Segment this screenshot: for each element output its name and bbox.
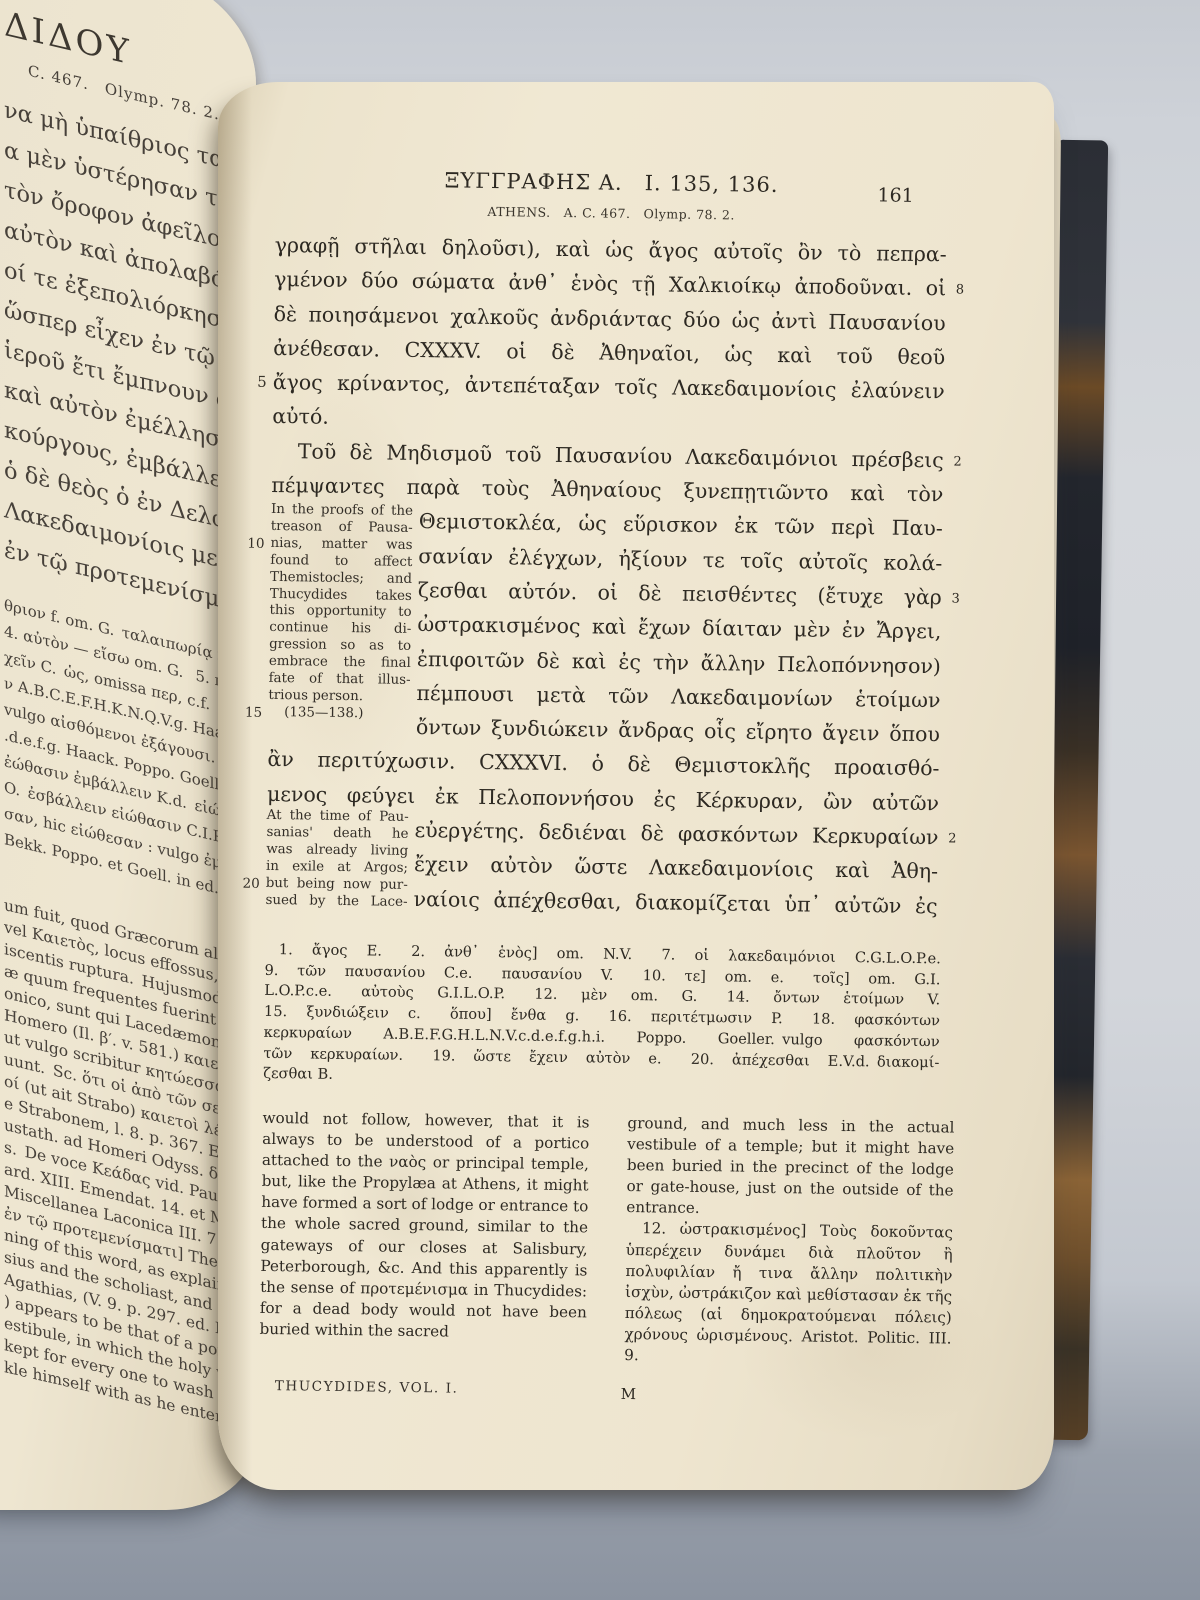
page-header-title: ΞΥΓΓΡΑΦΗΣ Α. I. 135, 136. [275, 166, 947, 199]
line-number: 15 [244, 704, 262, 721]
margin-note-line: In the proofs of the [271, 502, 413, 521]
right-page-content: ΞΥΓΓΡΑΦΗΣ Α. I. 135, 136. 161 ATHENS. A.… [218, 82, 1054, 1490]
margin-note-line: embrace the final [269, 654, 411, 673]
note-text: sued by the Lace- [265, 892, 407, 909]
margin-note-line: fate of that illus- [269, 671, 411, 690]
line-text: Θεμιστοκλέα, ὡς εὕρισκον ἐκ τῶν περὶ Παυ… [419, 509, 943, 540]
line-text: ὄντων ξυνδιώκειν ἄνδρας οἷς εἴρητο ἄγειν… [416, 715, 940, 746]
margin-note-line: sued by the Lace- [265, 892, 407, 911]
line-text: ὠστρακισμένος καὶ ἔχων δίαιταν μὲν ἐν Ἄρ… [417, 612, 941, 643]
line-text: ἄγος κρίναντος, ἀντεπέταξαν τοῖς Λακεδαι… [273, 370, 945, 403]
greek-text-line: ναίοις ἀπέχθεσθαι, διακομίζεται ὑπ᾽ αὐτῶ… [413, 882, 937, 924]
commentary-paragraph: ground, and much less in the actual vest… [626, 1113, 954, 1223]
margin-note-1: In the proofs of thetreason of Pausa-10n… [268, 502, 413, 724]
note-text: (135—138.) [284, 705, 363, 721]
note-text: found to affect [270, 553, 412, 570]
line-number: 10 [246, 535, 264, 552]
note-text: sanias' death he [266, 825, 408, 842]
margin-note-line: was already living [266, 842, 408, 861]
commentary-paragraph: would not follow, however, that it is al… [259, 1108, 589, 1345]
margin-note-line: 20but being now pur- [266, 876, 408, 895]
running-note: ATHENS. A. C. 467. Olymp. 78. 2. [275, 201, 947, 225]
main-text-area: γραφῇ στῆλαι δηλοῦσι), καὶ ὡς ἄγος αὐτοῖ… [265, 228, 947, 923]
line-text: ἀνέθεσαν. CXXXV. οἱ δὲ Ἀθηναῖοι, ὡς καὶ … [273, 336, 945, 369]
section-number: 2 [948, 822, 957, 856]
line-text: δὲ ποιησάμενοι χαλκοῦς ἀνδριάντας δύο ὡς… [274, 302, 946, 335]
critical-apparatus: 1. ἄγος E. 2. ἀνθ᾽ ἑνὸς] om. N.V. 7. οἱ … [263, 940, 941, 1094]
margin-note-line: trious person. [268, 688, 410, 707]
line-text: εὐεργέτης. δεδιέναι δὲ φασκόντων Κερκυρα… [414, 818, 938, 849]
margin-note-line: 15(135—138.) [268, 705, 410, 724]
note-text: but being now pur- [266, 876, 408, 893]
line-text: σανίαν ἐλέγχων, ἠξίουν τε τοῖς αὐτοῖς κο… [418, 544, 942, 575]
margin-note-line: Thucydides takes [270, 586, 412, 605]
note-text: At the time of Pau- [267, 808, 409, 825]
line-text: πέμπουσι μετὰ τῶν Λακεδαιμονίων ἑτοίμων [416, 681, 940, 712]
margin-note-line: At the time of Pau- [267, 808, 409, 827]
section-number: 8 [956, 274, 965, 308]
line-text: πέμψαντες παρὰ τοὺς Ἀθηναίους ξυνεπῃτιῶν… [271, 473, 943, 506]
note-text: continue his di- [269, 620, 411, 637]
signature-mark: M [621, 1385, 637, 1403]
section-number: 2 [927, 445, 962, 480]
line-number: 5 [247, 365, 267, 400]
line-number: 20 [242, 875, 260, 892]
right-page: ΞΥΓΓΡΑΦΗΣ Α. I. 135, 136. 161 ATHENS. A.… [218, 82, 1054, 1490]
line-text: Τοῦ δὲ Μηδισμοῦ τοῦ Παυσανίου Λακεδαιμόν… [298, 439, 944, 472]
line-text: ναίοις ἀπέχθεσθαι, διακομίζεται ὑπ᾽ αὐτῶ… [413, 887, 937, 918]
margin-note-line: gression so as to [269, 637, 411, 656]
note-text: in exile at Argos; [266, 859, 408, 876]
commentary-left-column: would not follow, however, that it is al… [259, 1108, 590, 1391]
commentary-right-column: ground, and much less in the actual vest… [624, 1113, 955, 1396]
margin-note-2: At the time of Pau-sanias' death hewas a… [265, 808, 408, 911]
note-text: trious person. [268, 688, 363, 704]
volume-label: THUCYDIDES, VOL. I. [275, 1378, 459, 1397]
line-text: ἔχειν αὐτὸν ὥστε Λακεδαιμονίοις καὶ Ἀθη- [414, 852, 938, 883]
line-text: ἐπιφοιτῶν δὲ καὶ ἐς τὴν ἄλλην Πελοπόννησ… [417, 647, 941, 678]
section-number: 3 [951, 582, 960, 616]
photo-backdrop: ΔΙΔΟΥ C. 467. Olymp. 78. 2. να μὴ ὑπαίθρ… [0, 0, 1200, 1600]
line-text: γμένον δύο σώματα ἀνθ᾽ ἑνὸς τῇ Χαλκιοίκῳ… [274, 267, 946, 300]
commentary-paragraph: 12. ὠστρακισμένος] Τοὺς δοκοῦντας ὑπερέχ… [624, 1218, 953, 1370]
note-text: In the proofs of the [271, 502, 413, 519]
note-text: this opportunity to [269, 603, 411, 620]
margin-note-line: found to affect [270, 553, 412, 572]
note-text: nias, matter was [270, 536, 412, 553]
note-text: was already living [266, 842, 408, 859]
note-text: Thucydides takes [270, 586, 412, 603]
line-text: ζεσθαι αὐτόν. οἱ δὲ πεισθέντες (ἔτυχε γὰ… [418, 578, 942, 609]
note-text: embrace the final [269, 654, 411, 671]
margin-note-line: in exile at Argos; [266, 859, 408, 878]
margin-note-line: sanias' death he [266, 825, 408, 844]
line-text: ἂν περιτύχωσιν. CXXXVI. ὁ δὲ Θεμιστοκλῆς… [267, 747, 939, 780]
margin-note-line: 10nias, matter was [270, 536, 412, 555]
margin-note-line: treason of Pausa- [271, 519, 413, 538]
line-text: αὐτό. [272, 404, 329, 429]
margin-note-line: Themistocles; and [270, 570, 412, 589]
note-text: Themistocles; and [270, 570, 412, 587]
note-text: gression so as to [269, 637, 411, 654]
line-text: γραφῇ στῆλαι δηλοῦσι), καὶ ὡς ἄγος αὐτοῖ… [275, 233, 947, 266]
commentary: would not follow, however, that it is al… [259, 1108, 955, 1396]
note-text: fate of that illus- [269, 671, 411, 688]
page-number: 161 [877, 184, 914, 207]
margin-note-line: continue his di- [269, 620, 411, 639]
margin-note-line: this opportunity to [269, 603, 411, 622]
note-text: treason of Pausa- [271, 519, 413, 536]
